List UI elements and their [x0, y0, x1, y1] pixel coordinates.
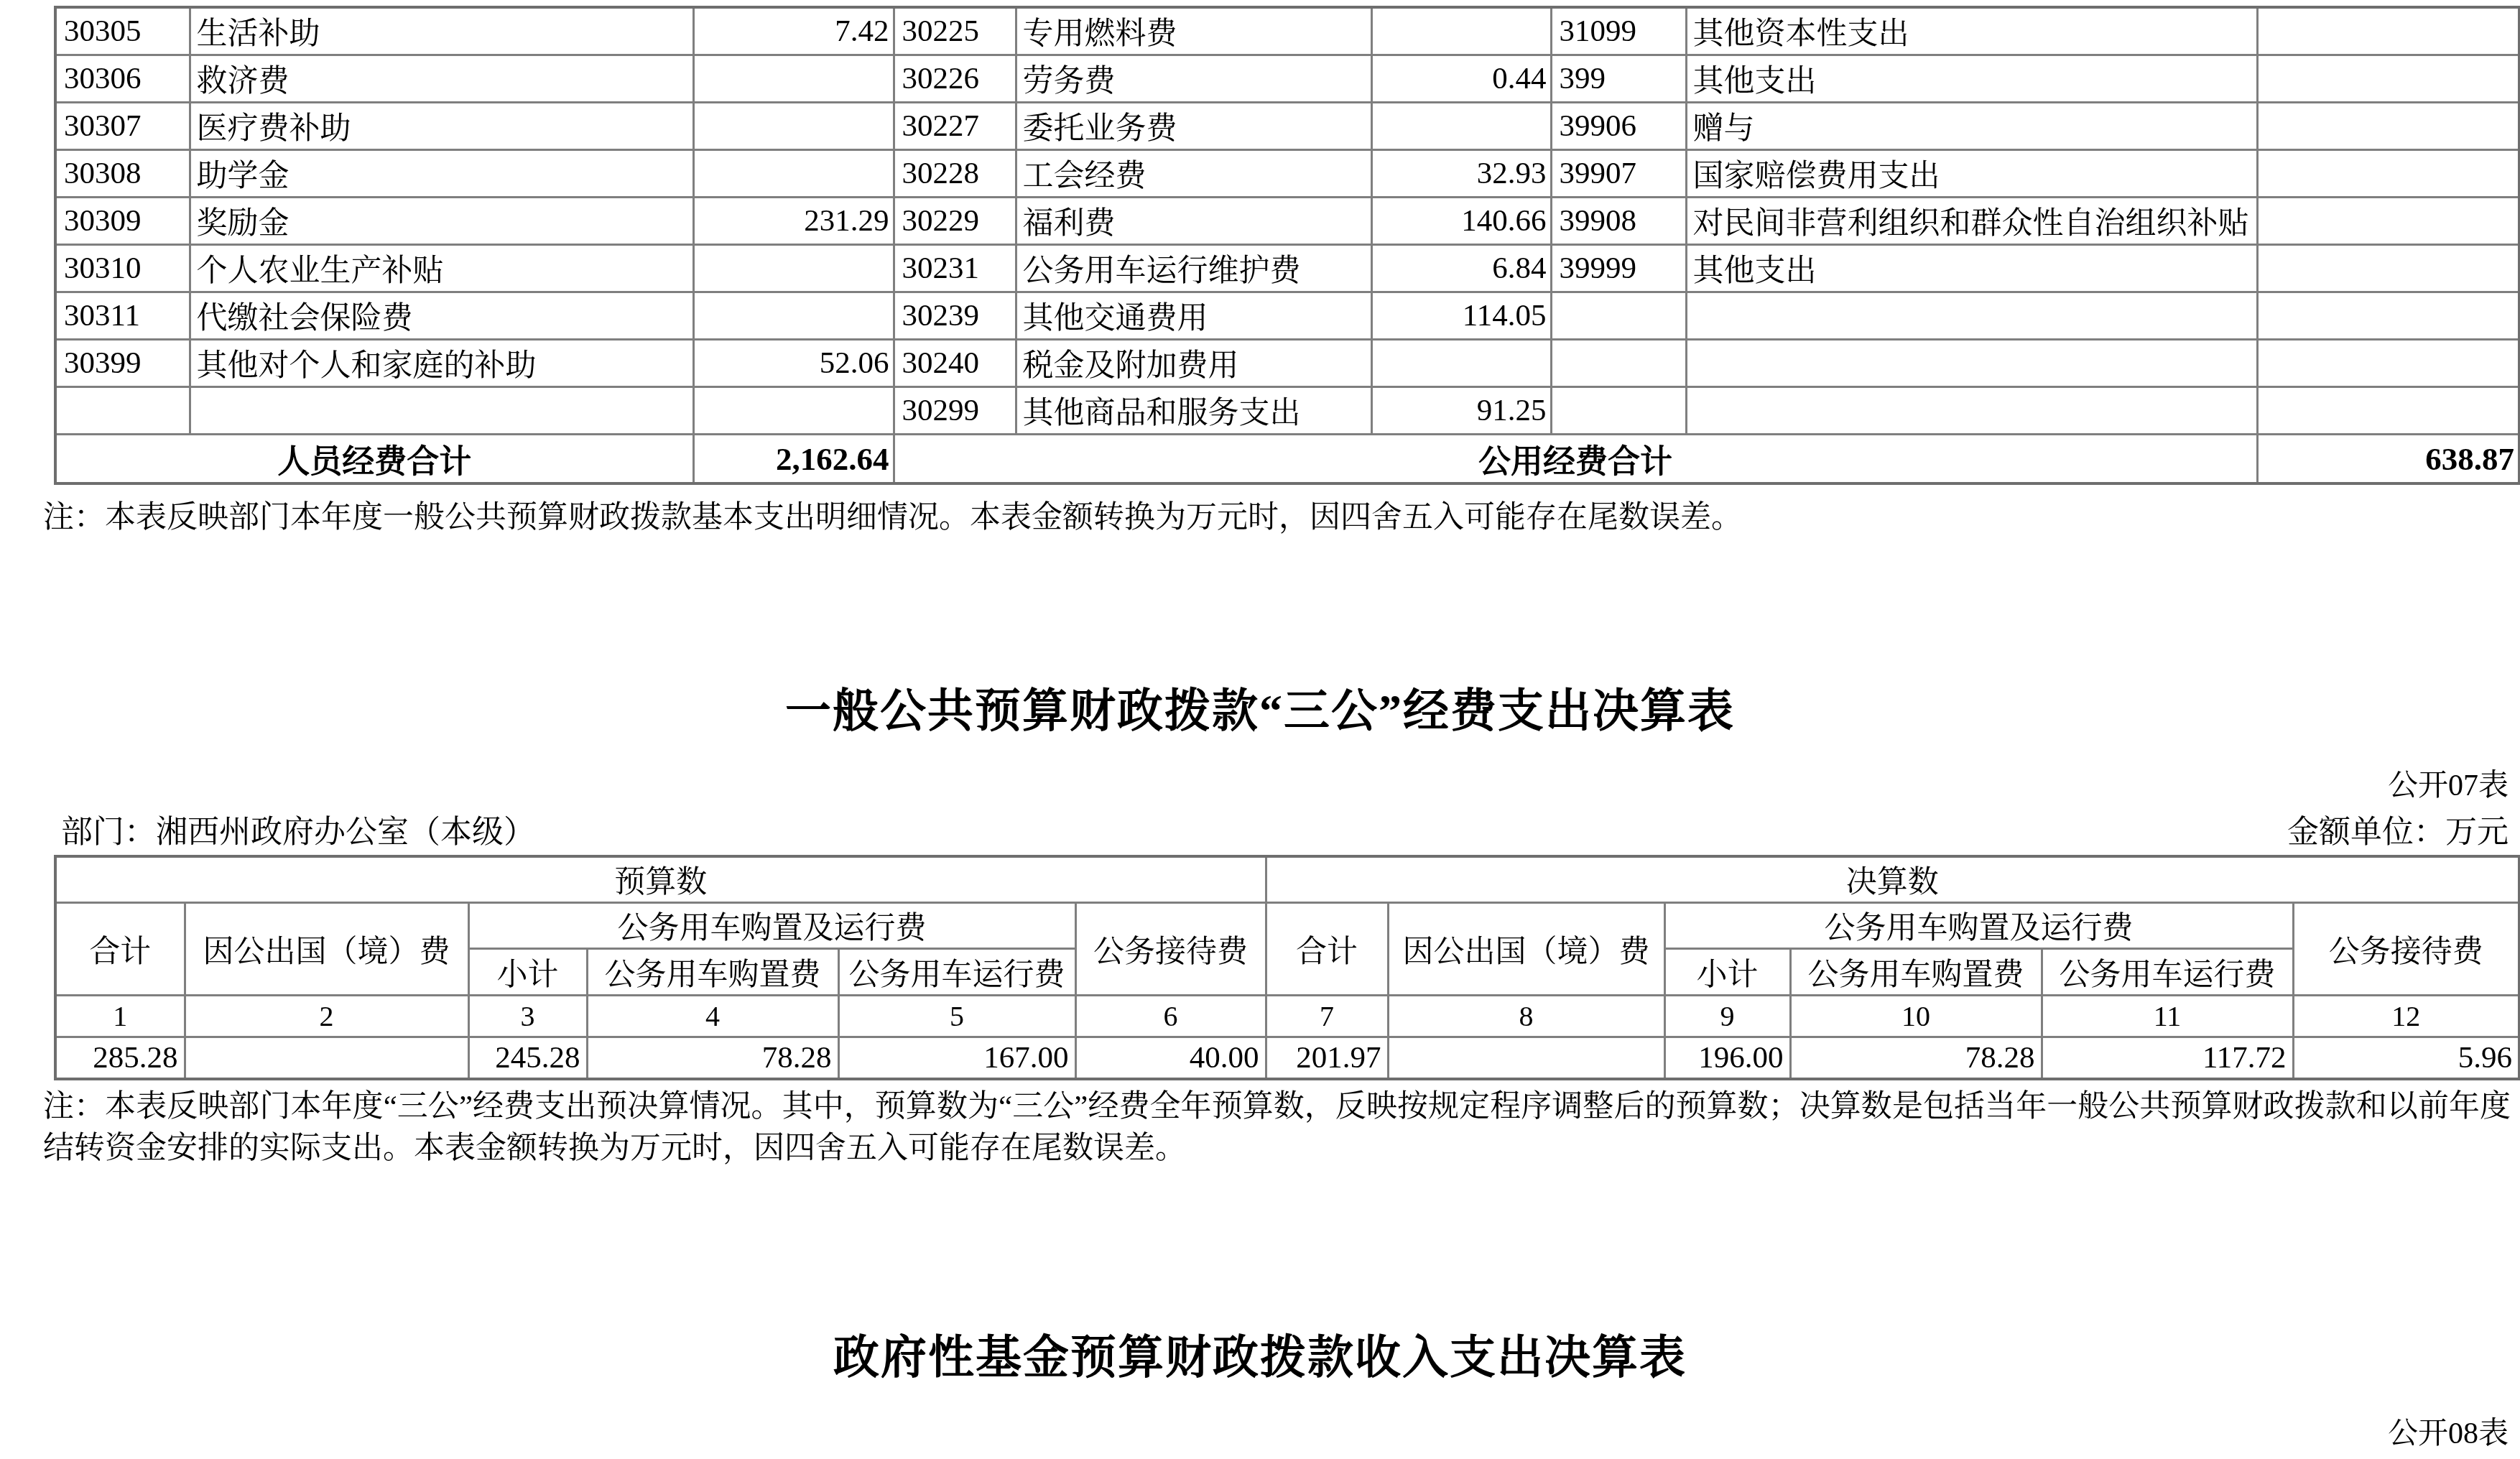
amount-cell: 78.28 — [1790, 1037, 2042, 1080]
budget-code-cell: 399 — [1551, 55, 1686, 103]
column-number-cell: 9 — [1664, 996, 1790, 1037]
budget-code-cell: 30231 — [894, 245, 1016, 292]
public-funds-total-value: 638.87 — [2257, 435, 2519, 484]
section-header-row: 预算数 决算数 — [55, 856, 2519, 903]
table-row: 30307医疗费补助30227委托业务费39906赠与 — [55, 103, 2519, 150]
item-name-cell: 其他对个人和家庭的补助 — [190, 340, 693, 387]
budget-code-cell: 39906 — [1551, 103, 1686, 150]
column-number-cell: 12 — [2293, 996, 2519, 1037]
column-number-cell: 4 — [587, 996, 838, 1037]
final-purchase-header: 公务用车购置费 — [1790, 949, 2042, 996]
budget-code-cell: 30225 — [894, 7, 1016, 55]
budget-abroad-header: 因公出国（境）费 — [185, 903, 468, 996]
column-number-cell: 7 — [1266, 996, 1388, 1037]
budget-code-cell: 30309 — [55, 198, 190, 245]
amount-cell — [693, 245, 894, 292]
table2-note: 注：本表反映部门本年度“三公”经费支出预决算情况。其中，预算数为“三公”经费全年… — [43, 1086, 2511, 1169]
unit-label: 金额单位：万元 — [2287, 806, 2509, 852]
amount-cell: 140.66 — [1371, 198, 1551, 245]
personnel-total-label: 人员经费合计 — [55, 435, 693, 484]
amount-cell — [2257, 7, 2519, 55]
amount-cell: 231.29 — [693, 198, 894, 245]
expenditure-rows: 30305生活补助7.4230225专用燃料费31099其他资本性支出30306… — [55, 7, 2519, 435]
final-operation-header: 公务用车运行费 — [2042, 949, 2293, 996]
table-row: 30399其他对个人和家庭的补助52.0630240税金及附加费用 — [55, 340, 2519, 387]
item-name-cell: 个人农业生产补贴 — [190, 245, 693, 292]
budget-code-cell: 30228 — [894, 150, 1016, 198]
item-name-cell: 福利费 — [1016, 198, 1371, 245]
amount-cell — [693, 387, 894, 435]
personnel-total-value: 2,162.64 — [693, 435, 894, 484]
item-name-cell: 奖励金 — [190, 198, 693, 245]
budget-subtotal-header: 小计 — [468, 949, 587, 996]
item-name-cell: 对民间非营利组织和群众性自治组织补贴 — [1686, 198, 2257, 245]
budget-code-cell: 39907 — [1551, 150, 1686, 198]
column-number-cell: 11 — [2042, 996, 2293, 1037]
item-name-cell: 救济费 — [190, 55, 693, 103]
item-name-cell: 其他交通费用 — [1016, 292, 1371, 340]
final-total-header: 合计 — [1266, 903, 1388, 996]
table-row: 30299其他商品和服务支出91.25 — [55, 387, 2519, 435]
amount-cell — [1371, 7, 1551, 55]
amount-cell: 285.28 — [55, 1037, 185, 1080]
item-name-cell: 代缴社会保险费 — [190, 292, 693, 340]
amount-cell — [185, 1037, 468, 1080]
column-number-cell: 6 — [1075, 996, 1266, 1037]
table-row: 30305生活补助7.4230225专用燃料费31099其他资本性支出 — [55, 7, 2519, 55]
final-abroad-header: 因公出国（境）费 — [1388, 903, 1664, 996]
table-row: 30310个人农业生产补贴30231公务用车运行维护费6.8439999其他支出 — [55, 245, 2519, 292]
item-name-cell: 国家赔偿费用支出 — [1686, 150, 2257, 198]
amount-cell: 0.44 — [1371, 55, 1551, 103]
item-name-cell: 公务用车运行维护费 — [1016, 245, 1371, 292]
table-row: 30311代缴社会保险费30239其他交通费用114.05 — [55, 292, 2519, 340]
item-name-cell: 税金及附加费用 — [1016, 340, 1371, 387]
budget-code-cell: 39908 — [1551, 198, 1686, 245]
amount-cell — [2257, 387, 2519, 435]
table1-note: 注：本表反映部门本年度一般公共预算财政拨款基本支出明细情况。本表金额转换为万元时… — [43, 497, 1925, 539]
item-name-cell: 其他支出 — [1686, 55, 2257, 103]
budget-purchase-header: 公务用车购置费 — [587, 949, 838, 996]
amount-cell — [2257, 150, 2519, 198]
amounts-row: 285.28245.2878.28167.0040.00201.97196.00… — [55, 1037, 2519, 1080]
gov-fund-table-title: 政府性基金预算财政拨款收入支出决算表 — [0, 1320, 2520, 1386]
amount-cell: 40.00 — [1075, 1037, 1266, 1080]
amount-cell: 5.96 — [2293, 1037, 2519, 1080]
table-row: 30308助学金30228工会经费32.9339907国家赔偿费用支出 — [55, 150, 2519, 198]
budget-operation-header: 公务用车运行费 — [838, 949, 1075, 996]
basic-expenditure-detail-table: 30305生活补助7.4230225专用燃料费31099其他资本性支出30306… — [54, 6, 2520, 485]
final-vehicle-header: 公务用车购置及运行费 — [1664, 903, 2293, 949]
amount-cell — [2257, 198, 2519, 245]
table-row: 30309奖励金231.2930229福利费140.6639908对民间非营利组… — [55, 198, 2519, 245]
budget-code-cell — [55, 387, 190, 435]
budget-code-cell: 39999 — [1551, 245, 1686, 292]
amount-cell: 91.25 — [1371, 387, 1551, 435]
item-name-cell — [1686, 387, 2257, 435]
budget-code-cell — [1551, 387, 1686, 435]
amount-cell — [1371, 340, 1551, 387]
item-name-cell — [190, 387, 693, 435]
budget-code-cell: 30311 — [55, 292, 190, 340]
column-number-row: 123456789101112 — [55, 996, 2519, 1037]
table-row: 30306救济费30226劳务费0.44399其他支出 — [55, 55, 2519, 103]
amount-cell — [2257, 340, 2519, 387]
item-name-cell — [1686, 340, 2257, 387]
budget-code-cell: 30226 — [894, 55, 1016, 103]
item-name-cell — [1686, 292, 2257, 340]
budget-section-header: 预算数 — [55, 856, 1266, 903]
budget-code-cell — [1551, 340, 1686, 387]
totals-section: 人员经费合计 2,162.64 公用经费合计 638.87 — [55, 435, 2519, 484]
column-number-cell: 8 — [1388, 996, 1664, 1037]
amount-cell: 6.84 — [1371, 245, 1551, 292]
amount-cell — [693, 150, 894, 198]
column-number-cell: 2 — [185, 996, 468, 1037]
amount-cell — [693, 55, 894, 103]
final-subtotal-header: 小计 — [1664, 949, 1790, 996]
item-name-cell: 其他资本性支出 — [1686, 7, 2257, 55]
amount-cell: 117.72 — [2042, 1037, 2293, 1080]
budget-code-cell: 30307 — [55, 103, 190, 150]
public-funds-total-label: 公用经费合计 — [894, 435, 2257, 484]
column-number-cell: 5 — [838, 996, 1075, 1037]
amount-cell: 196.00 — [1664, 1037, 1790, 1080]
amount-cell: 114.05 — [1371, 292, 1551, 340]
budget-code-cell: 30229 — [894, 198, 1016, 245]
amount-cell — [693, 103, 894, 150]
three-public-expense-table: 预算数 决算数 合计 因公出国（境）费 公务用车购置及运行费 公务接待费 合计 … — [54, 855, 2520, 1080]
amount-cell — [2257, 245, 2519, 292]
budget-code-cell: 30305 — [55, 7, 190, 55]
amount-cell — [1371, 103, 1551, 150]
amount-cell: 201.97 — [1266, 1037, 1388, 1080]
department-label: 部门：湘西州政府办公室（本级） — [61, 806, 535, 852]
item-name-cell: 工会经费 — [1016, 150, 1371, 198]
final-reception-header: 公务接待费 — [2293, 903, 2519, 996]
budget-vehicle-header: 公务用车购置及运行费 — [468, 903, 1075, 949]
item-name-cell: 生活补助 — [190, 7, 693, 55]
item-name-cell: 专用燃料费 — [1016, 7, 1371, 55]
item-name-cell: 其他商品和服务支出 — [1016, 387, 1371, 435]
column-number-cell: 1 — [55, 996, 185, 1037]
budget-code-cell: 30399 — [55, 340, 190, 387]
budget-reception-header: 公务接待费 — [1075, 903, 1266, 996]
budget-code-cell — [1551, 292, 1686, 340]
item-name-cell: 医疗费补助 — [190, 103, 693, 150]
budget-code-cell: 30240 — [894, 340, 1016, 387]
amount-cell — [2257, 55, 2519, 103]
budget-code-cell: 30239 — [894, 292, 1016, 340]
column-number-cell: 3 — [468, 996, 587, 1037]
amount-cell: 7.42 — [693, 7, 894, 55]
budget-code-cell: 30310 — [55, 245, 190, 292]
budget-code-cell: 31099 — [1551, 7, 1686, 55]
amount-cell — [693, 292, 894, 340]
budget-code-cell: 30308 — [55, 150, 190, 198]
final-section-header: 决算数 — [1266, 856, 2519, 903]
sheet-08-label: 公开08表 — [2388, 1409, 2509, 1453]
document-page: 30305生活补助7.4230225专用燃料费31099其他资本性支出30306… — [0, 0, 2520, 1459]
item-name-cell: 劳务费 — [1016, 55, 1371, 103]
amount-cell — [2257, 103, 2519, 150]
group-header-row: 合计 因公出国（境）费 公务用车购置及运行费 公务接待费 合计 因公出国（境）费… — [55, 903, 2519, 949]
budget-code-cell: 30227 — [894, 103, 1016, 150]
amount-cell: 245.28 — [468, 1037, 587, 1080]
amount-cell: 52.06 — [693, 340, 894, 387]
item-name-cell: 其他支出 — [1686, 245, 2257, 292]
amount-cell — [1388, 1037, 1664, 1080]
amount-cell — [2257, 292, 2519, 340]
item-name-cell: 委托业务费 — [1016, 103, 1371, 150]
budget-code-cell: 30306 — [55, 55, 190, 103]
item-name-cell: 赠与 — [1686, 103, 2257, 150]
budget-code-cell: 30299 — [894, 387, 1016, 435]
sheet-07-label: 公开07表 — [2388, 761, 2509, 805]
three-public-table-title: 一般公共预算财政拨款“三公”经费支出决算表 — [0, 674, 2520, 740]
amount-cell: 167.00 — [838, 1037, 1075, 1080]
amount-cell: 78.28 — [587, 1037, 838, 1080]
amount-cell: 32.93 — [1371, 150, 1551, 198]
item-name-cell: 助学金 — [190, 150, 693, 198]
total-row: 人员经费合计 2,162.64 公用经费合计 638.87 — [55, 435, 2519, 484]
column-number-cell: 10 — [1790, 996, 2042, 1037]
budget-total-header: 合计 — [55, 903, 185, 996]
